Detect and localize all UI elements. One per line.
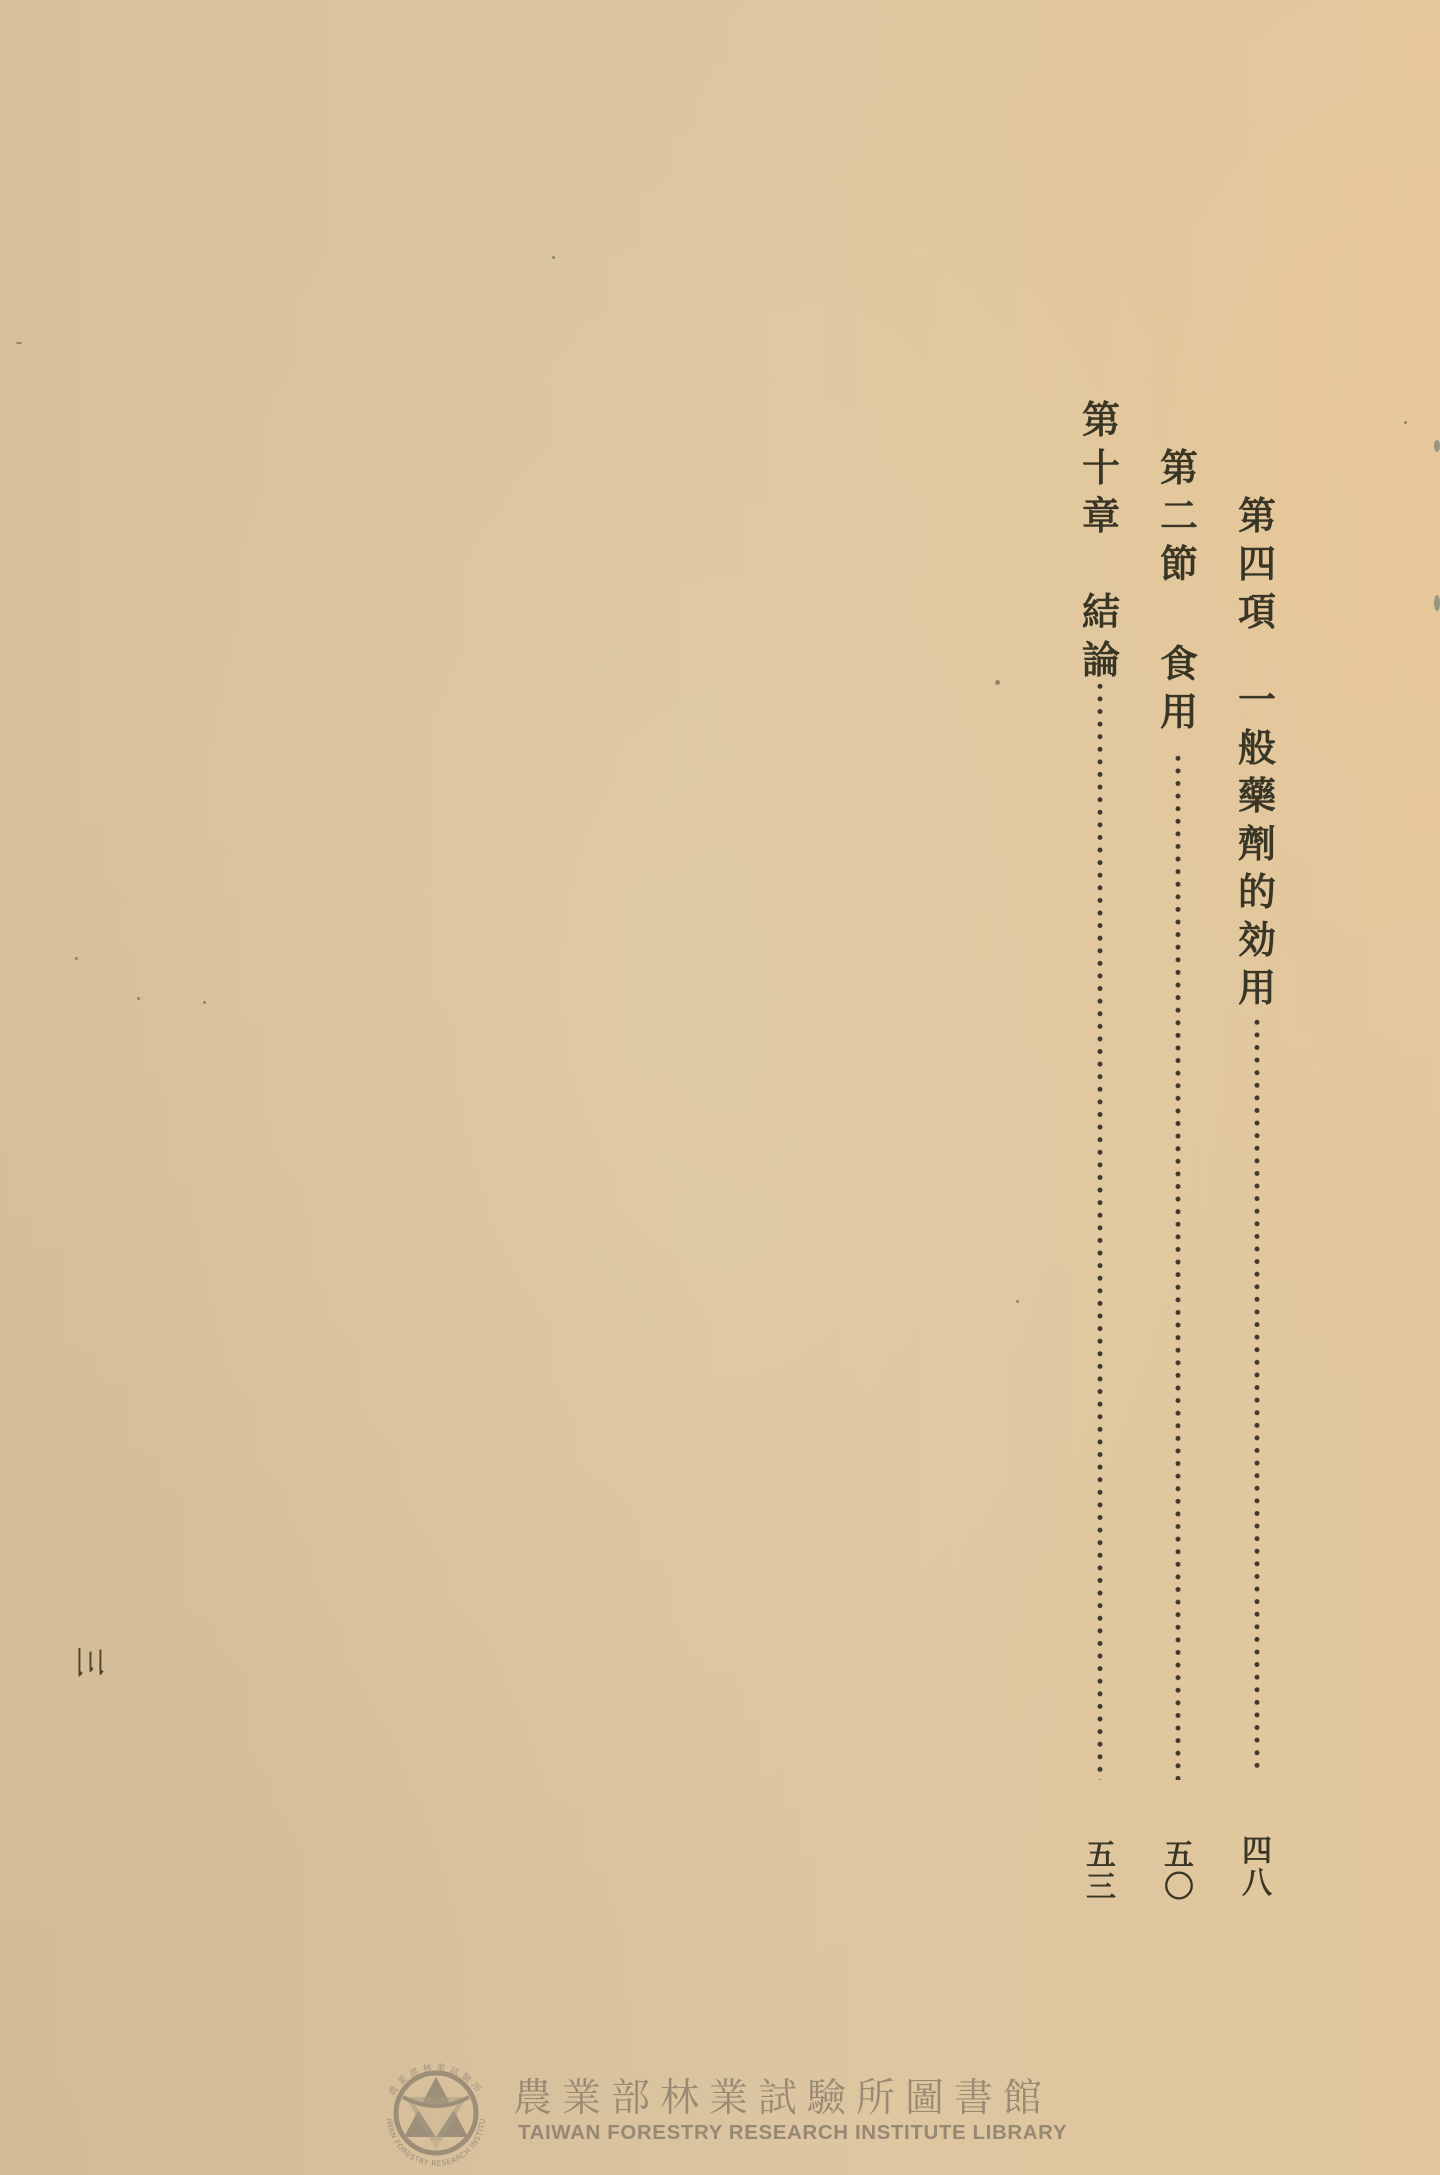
paper-edge-mark (1434, 440, 1440, 452)
page-digit: 八 (1235, 1868, 1279, 1900)
toc-page-number: 五 三 (1077, 1840, 1125, 1904)
toc-entry-label-prefix: 第 十 章 (1079, 396, 1123, 540)
paper-speck (203, 1001, 206, 1004)
toc-char: 般 (1235, 724, 1279, 772)
toc-char: 食 (1157, 640, 1201, 688)
toc-char: 論 (1079, 636, 1123, 684)
dot-leader (1175, 752, 1181, 1780)
toc-char: 一 (1235, 676, 1279, 724)
toc-char: 結 (1079, 588, 1123, 636)
toc-entry-label-prefix: 第 二 節 (1157, 444, 1201, 588)
toc-entry-conclusion[interactable]: 第 十 章 結 論 (1077, 396, 1125, 684)
toc-char: 二 (1157, 492, 1201, 540)
toc-entry-general-chemicals[interactable]: 第 四 項 一 般 藥 劑 的 効 用 (1233, 492, 1281, 1012)
library-name-english: TAIWAN FORESTRY RESEARCH INSTITUTE LIBRA… (518, 2121, 1067, 2145)
toc-char: 章 (1079, 492, 1123, 540)
page-digit: 〇 (1157, 1872, 1201, 1904)
toc-char: 項 (1235, 588, 1279, 636)
paper-speck (16, 342, 22, 344)
library-name: 農業部林業試驗所圖書館 (513, 2067, 1052, 2123)
page-digit: 三 (1079, 1872, 1123, 1904)
toc-char: 四 (1235, 540, 1279, 588)
toc-char: 的 (1235, 868, 1279, 916)
toc-char: 用 (1235, 964, 1279, 1012)
toc-char: 第 (1235, 492, 1279, 540)
toc-char: 第 (1157, 444, 1201, 492)
paper-speck (137, 997, 140, 1000)
forestry-institute-logo-icon: 1896 TAIWAN FORESTRY RESEARCH INSTITUTE … (375, 2053, 497, 2175)
page-digit: 五 (1079, 1840, 1123, 1872)
toc-entry-title: 食 用 (1157, 640, 1201, 736)
toc-char: 節 (1157, 540, 1201, 588)
svg-text:1896: 1896 (423, 2140, 448, 2150)
library-watermark: 1896 TAIWAN FORESTRY RESEARCH INSTITUTE … (375, 2045, 1095, 2170)
page-digit: 五 (1157, 1840, 1201, 1872)
toc-char: 十 (1079, 444, 1123, 492)
paper-edge-mark (1434, 595, 1440, 611)
paper-speck (1404, 421, 1407, 424)
paper-speck (552, 256, 555, 259)
toc-char: 用 (1157, 688, 1201, 736)
dot-leader (1254, 1016, 1260, 1774)
toc-char: 藥 (1235, 772, 1279, 820)
toc-char: 劑 (1235, 820, 1279, 868)
toc-entry-food-use[interactable]: 第 二 節 食 用 (1155, 444, 1203, 736)
folio-page-number: 三 (66, 1640, 110, 1684)
toc-entry-label-prefix: 第 四 項 (1235, 492, 1279, 636)
toc-entry-title: 結 論 (1079, 588, 1123, 684)
paper-speck (995, 680, 1000, 685)
paper-speck (75, 957, 78, 960)
toc-char: 第 (1079, 396, 1123, 444)
scanned-page: 第 四 項 一 般 藥 劑 的 効 用 四 八 四八 第 二 節 食 用 (0, 0, 1440, 2175)
dot-leader (1097, 680, 1103, 1780)
toc-char: 効 (1235, 916, 1279, 964)
page-digit: 四 (1235, 1836, 1279, 1868)
toc-page-number: 四 八 (1233, 1836, 1281, 1900)
toc-entry-title: 一 般 藥 劑 的 効 用 (1235, 676, 1279, 1012)
toc-page-number: 五 〇 (1155, 1840, 1203, 1904)
paper-speck (1016, 1300, 1019, 1303)
